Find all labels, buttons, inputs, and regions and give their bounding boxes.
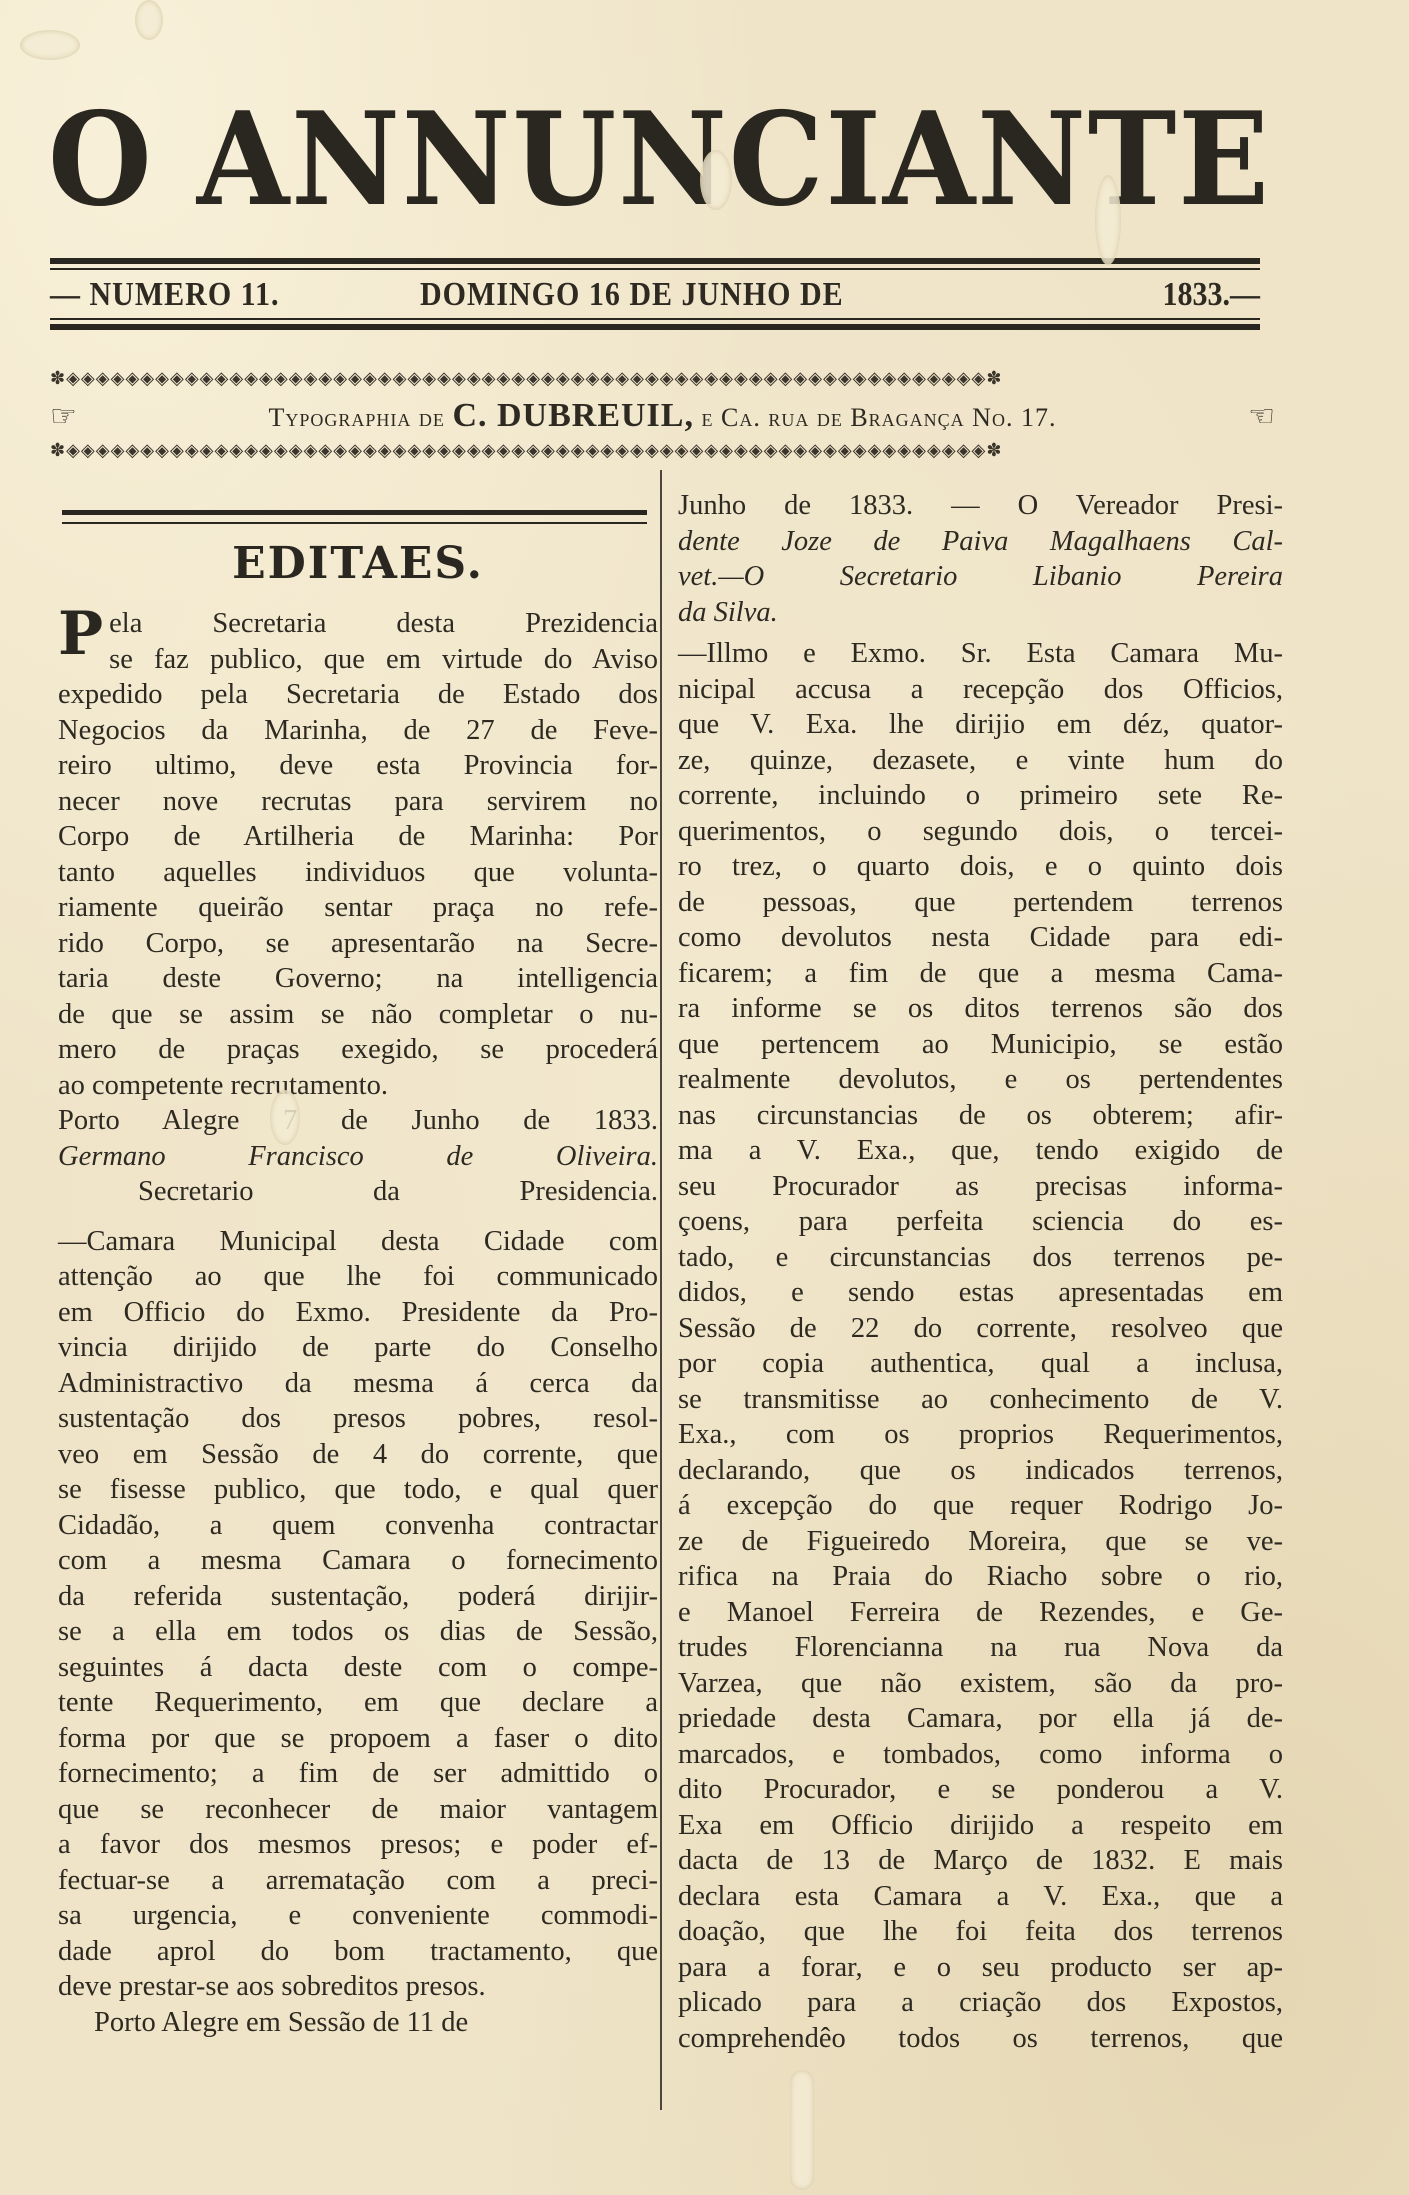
text-line: didos, e sendo estas apresentadas em <box>678 1275 1283 1311</box>
masthead-rule-thin <box>50 268 1260 270</box>
text-line: que V. Exa. lhe dirijio em déz, quator- <box>678 707 1283 743</box>
camara-notice: —Camara Municipal desta Cidade com atten… <box>58 1224 658 2041</box>
ornament-border-bottom: ✽◈◈◈◈◈◈◈◈◈◈◈◈◈◈◈◈◈◈◈◈◈◈◈◈◈◈◈◈◈◈◈◈◈◈◈◈◈◈◈… <box>50 440 1270 462</box>
edital-notice: P ela Secretaria desta Prezidencia se fa… <box>58 606 658 1210</box>
text-line: plicado para a criação dos Expostos, <box>678 1985 1283 2021</box>
imprint-text: Typographia de C. DUBREUIL, e Ca. rua de… <box>269 397 1057 435</box>
text-line: vincia dirijido de parte do Conselho <box>58 1330 658 1366</box>
text-line: comprehendêo todos os terrenos, que <box>678 2021 1283 2057</box>
text-line: dacta de 13 de Março de 1832. E mais <box>678 1843 1283 1879</box>
text-line: declarando, que os indicados terrenos, <box>678 1453 1283 1489</box>
text-line: á excepção do que requer Rodrigo Jo- <box>678 1488 1283 1524</box>
oficio-letter: —Illmo e Exmo. Sr. Esta Camara Mu- nicip… <box>678 636 1283 2056</box>
text-line: nicipal accusa a recepção dos Officios, <box>678 672 1283 708</box>
text-line: em Officio do Exmo. Presidente da Pro- <box>58 1295 658 1331</box>
text-line: ma a V. Exa., que, tendo exigido de <box>678 1133 1283 1169</box>
paper-stain <box>270 1090 300 1145</box>
text-line: ela Secretaria desta Prezidencia <box>58 606 658 642</box>
text-line: Corpo de Artilheria de Marinha: Por <box>58 819 658 855</box>
text-line: da referida sustentação, poderá dirijir- <box>58 1579 658 1615</box>
text-line: veo em Sessão de 4 do corrente, que <box>58 1437 658 1473</box>
text-line: Exa em Officio dirijido a respeito em <box>678 1808 1283 1844</box>
text-line: dente Joze de Paiva Magalhaens Cal- <box>678 524 1283 560</box>
text-line: expedido pela Secretaria de Estado dos <box>58 677 658 713</box>
imprint-line: ☞ Typographia de C. DUBREUIL, e Ca. rua … <box>50 398 1275 434</box>
text-line: por copia authentica, qual a inclusa, <box>678 1346 1283 1382</box>
text-line: ro trez, o quarto dois, e o quinto dois <box>678 849 1283 885</box>
text-line: nas circunstancias de os obterem; afir- <box>678 1098 1283 1134</box>
text-line: vet.—O Secretario Libanio Pereira <box>678 559 1283 595</box>
newspaper-title: O ANNUNCIANTE <box>48 95 1183 225</box>
paper-stain <box>135 0 163 40</box>
signatory-name: Germano Francisco de Oliveira. <box>58 1139 658 1175</box>
text-line: trudes Florencianna na rua Nova da <box>678 1630 1283 1666</box>
text-line: —Illmo e Exmo. Sr. Esta Camara Mu- <box>678 636 1283 672</box>
text-line: ze de Figueiredo Moreira, que se ve- <box>678 1524 1283 1560</box>
text-line: a favor dos mesmos presos; e poder ef- <box>58 1827 658 1863</box>
issue-number: — NUMERO 11. <box>50 276 420 314</box>
text-line: tado, e circunstancias dos terrenos pe- <box>678 1240 1283 1276</box>
text-line: taria deste Governo; na intelligencia <box>58 961 658 997</box>
signatory-title: Secretario da Presidencia. <box>58 1174 658 1210</box>
paper-stain <box>790 2070 814 2190</box>
text-line: se faz publico, que em virtude do Aviso <box>58 642 658 678</box>
text-line: forma por que se propoem a faser o dito <box>58 1721 658 1757</box>
text-line: com a mesma Camara o fornecimento <box>58 1543 658 1579</box>
text-line: tente Requerimento, em que declare a <box>58 1685 658 1721</box>
text-line: ficarem; a fim de que a mesma Cama- <box>678 956 1283 992</box>
text-line: mero de praças exegido, se procederá <box>58 1032 658 1068</box>
paper-stain <box>700 150 732 210</box>
text-line: —Camara Municipal desta Cidade com <box>58 1224 658 1260</box>
section-rule-thick <box>62 510 647 515</box>
text-line: se a ella em todos os dias de Sessão, <box>58 1614 658 1650</box>
text-line: que pertencem ao Municipio, se estão <box>678 1027 1283 1063</box>
text-line: dade aprol do bom tractamento, que <box>58 1934 658 1970</box>
text-line: para a forar, e o seu producto ser ap- <box>678 1950 1283 1986</box>
text-line: dito Procurador, e se ponderou a V. <box>678 1772 1283 1808</box>
pointing-hand-right-icon: ☞ <box>50 399 77 434</box>
text-line: e Manoel Ferreira de Rezendes, e Ge- <box>678 1595 1283 1631</box>
text-line: Junho de 1833. — O Vereador Presi- <box>678 488 1283 524</box>
paper-stain <box>20 30 80 60</box>
text-line: se transmitisse ao conhecimento de V. <box>678 1382 1283 1418</box>
text-line: declara esta Camara a V. Exa., que a <box>678 1879 1283 1915</box>
drop-cap: P <box>58 610 103 658</box>
right-column: Junho de 1833. — O Vereador Presi- dente… <box>678 488 1283 2128</box>
text-line: marcados, e tombados, como informa o <box>678 1737 1283 1773</box>
issue-date: DOMINGO 16 DE JUNHO DE <box>420 276 1000 314</box>
text-line: se fisesse publico, que todo, e qual que… <box>58 1472 658 1508</box>
text-line: Cidadão, a quem convenha contractar <box>58 1508 658 1544</box>
text-line: de que se assim se não completar o nu- <box>58 997 658 1033</box>
text-line: attenção ao que lhe foi communicado <box>58 1259 658 1295</box>
dateline: — NUMERO 11. DOMINGO 16 DE JUNHO DE 1833… <box>50 274 1260 317</box>
dateline-rule-thin <box>50 318 1260 320</box>
section-heading: EDITAES. <box>58 538 658 589</box>
text-line: necer nove recrutas para servirem no <box>58 784 658 820</box>
text-line: que se reconhecer de maior vantagem <box>58 1792 658 1828</box>
text-line: çoens, para perfeita sciencia do es- <box>678 1204 1283 1240</box>
section-rule-thin <box>62 522 647 524</box>
text-line: ze, quinze, dezasete, e vinte hum do <box>678 743 1283 779</box>
text-line: reiro ultimo, deve esta Provincia for- <box>58 748 658 784</box>
newspaper-page: O ANNUNCIANTE — NUMERO 11. DOMINGO 16 DE… <box>0 0 1409 2195</box>
left-column: P ela Secretaria desta Prezidencia se fa… <box>58 606 658 2040</box>
text-line: doação, que lhe foi feita dos terrenos <box>678 1914 1283 1950</box>
text-line: fornecimento; a fim de ser admittido o <box>58 1756 658 1792</box>
pointing-hand-left-icon: ☜ <box>1248 399 1275 434</box>
text-line: sustentação dos presos pobres, resol- <box>58 1401 658 1437</box>
text-line: seu Procurador as precisas informa- <box>678 1169 1283 1205</box>
text-line: Negocios da Marinha, de 27 de Feve- <box>58 713 658 749</box>
text-line: Sessão de 22 do corrente, resolveo que <box>678 1311 1283 1347</box>
imprint-prefix: Typographia de <box>269 403 445 432</box>
imprint-suffix: e Ca. rua de Bragança No. 17. <box>701 403 1056 432</box>
text-line: rido Corpo, se apresentarão na Secre- <box>58 926 658 962</box>
imprint-printer: C. DUBREUIL, <box>452 397 694 434</box>
text-line: como devolutos nesta Cidade para edi- <box>678 920 1283 956</box>
dateline-rule-thick <box>50 324 1260 330</box>
text-line: ao competente recrutamento. <box>58 1068 658 1104</box>
issue-year: 1833.— <box>1000 276 1260 314</box>
text-line: corrente, incluindo o primeiro sete Re- <box>678 778 1283 814</box>
text-line: Varzea, que não existem, são da pro- <box>678 1666 1283 1702</box>
text-line: priedade desta Camara, por ella já de- <box>678 1701 1283 1737</box>
paper-stain <box>1095 175 1121 265</box>
text-line: sa urgencia, e conveniente commodi- <box>58 1898 658 1934</box>
text-line: realmente devolutos, e os pertendentes <box>678 1062 1283 1098</box>
masthead-rule-thick <box>50 258 1260 264</box>
text-line: riamente queirão sentar praça no refe- <box>58 890 658 926</box>
text-line: rifica na Praia do Riacho sobre o rio, <box>678 1559 1283 1595</box>
place-date: Porto Alegre 7 de Junho de 1833. <box>58 1103 658 1139</box>
text-line: seguintes á dacta deste com o compe- <box>58 1650 658 1686</box>
text-line: fectuar-se a arrematação com a preci- <box>58 1863 658 1899</box>
text-line: tanto aquelles individuos que volunta- <box>58 855 658 891</box>
text-line: ra informe se os ditos terrenos são dos <box>678 991 1283 1027</box>
column-divider <box>660 470 662 2110</box>
vereador-signature: Junho de 1833. — O Vereador Presi- dente… <box>678 488 1283 630</box>
ornament-border-top: ✽◈◈◈◈◈◈◈◈◈◈◈◈◈◈◈◈◈◈◈◈◈◈◈◈◈◈◈◈◈◈◈◈◈◈◈◈◈◈◈… <box>50 368 1270 390</box>
text-line: deve prestar-se aos sobreditos presos. <box>58 1969 658 2005</box>
text-line: Exa., com os proprios Requerimentos, <box>678 1417 1283 1453</box>
text-line: querimentos, o segundo dois, o tercei- <box>678 814 1283 850</box>
closing-line: Porto Alegre em Sessão de 11 de <box>58 2005 658 2041</box>
text-line: Administractivo da mesma á cerca da <box>58 1366 658 1402</box>
text-line: de pessoas, que pertendem terrenos <box>678 885 1283 921</box>
text-line: da Silva. <box>678 595 1283 631</box>
